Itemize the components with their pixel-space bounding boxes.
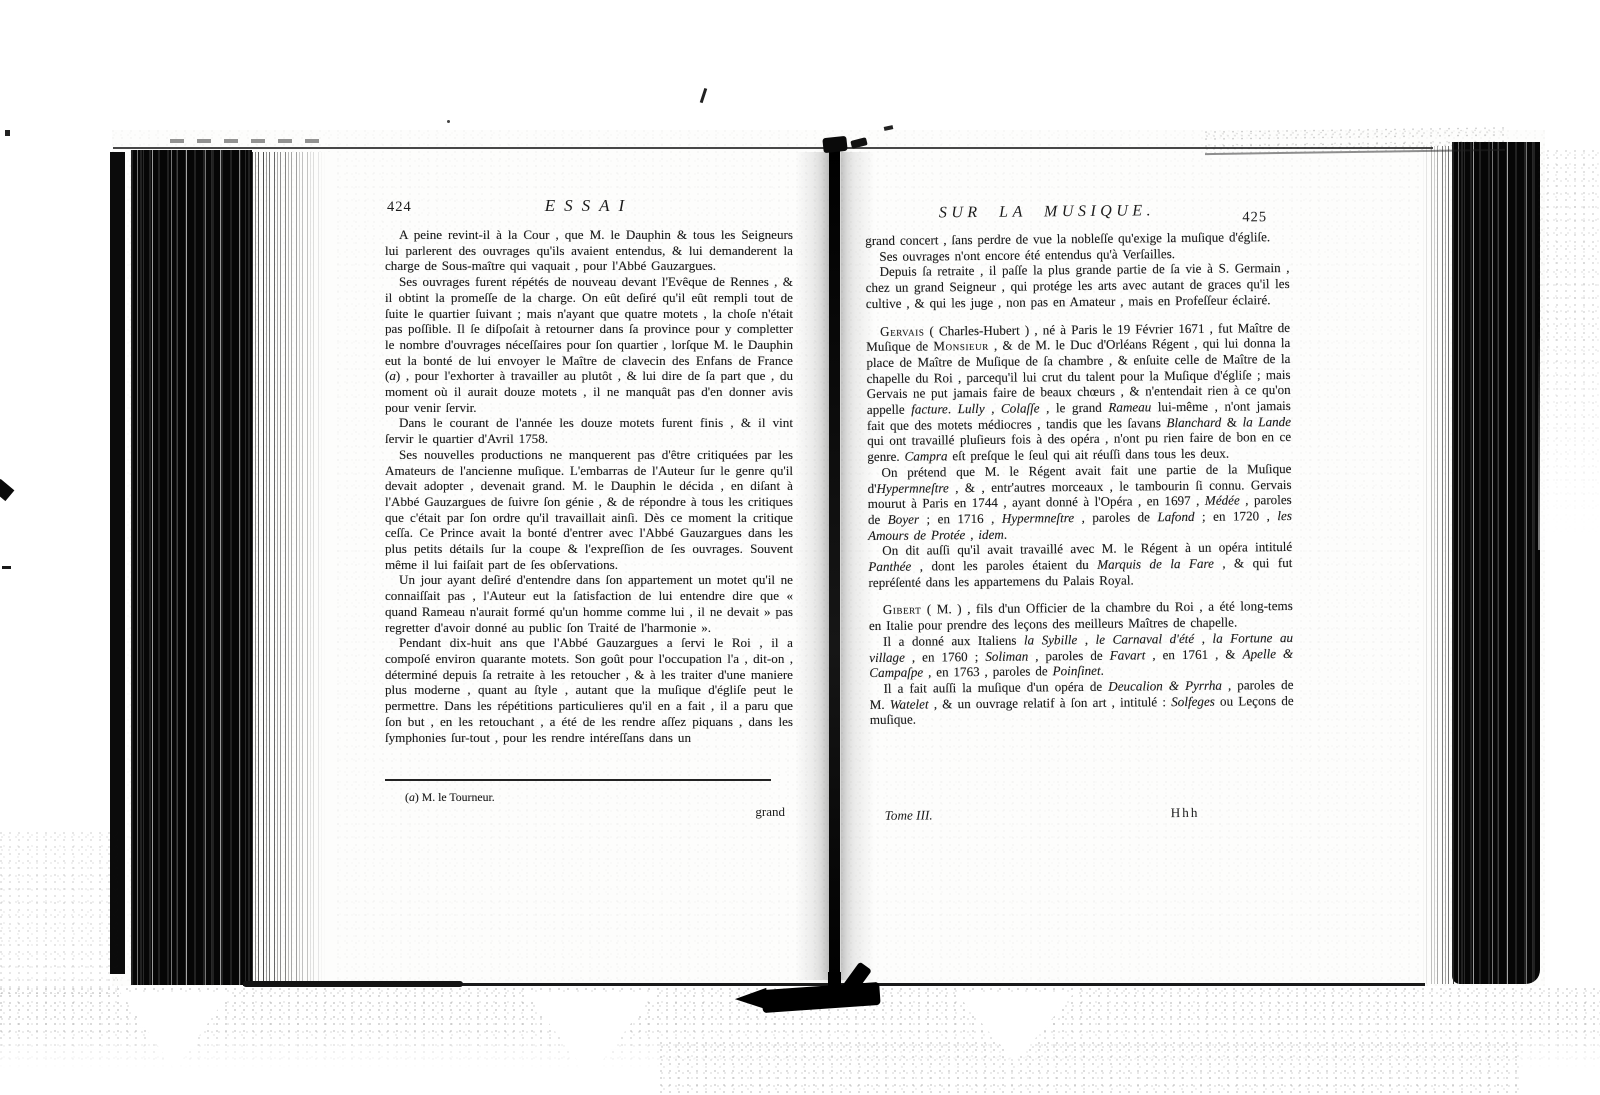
paragraph: Ses ouvrages furent répétés de nouveau d… <box>385 274 793 415</box>
right-page: SUR LA MUSIQUE. 425 grand concert , ſans… <box>865 201 1295 855</box>
left-fore-edge-striations <box>252 152 332 982</box>
right-fore-edge-band <box>1452 142 1540 984</box>
clasp-blob-joint <box>828 972 841 992</box>
left-page-header: 424 ESSAI <box>385 196 793 218</box>
shadow-wedge <box>955 992 1075 1062</box>
top-right-page-edges <box>1205 127 1505 155</box>
right-fore-edge-striations <box>1420 146 1456 984</box>
right-page-header: SUR LA MUSIQUE. 425 <box>865 201 1289 227</box>
left-page: 424 ESSAI A peine revint-il à la Cour , … <box>385 196 793 846</box>
right-edge-shadow-speckle <box>1538 150 1600 550</box>
right-signature-row: Tome III. Hhh <box>871 804 1295 808</box>
gutter-top-knot <box>822 136 847 153</box>
paragraph: Dans le courant de l'année les douze mot… <box>385 415 793 446</box>
right-running-title: SUR LA MUSIQUE. <box>865 201 1289 223</box>
paragraph: Ses nouvelles productions ne manquerent … <box>385 447 793 573</box>
tome-label: Tome III. <box>885 807 933 823</box>
stray-dot <box>447 120 450 123</box>
paragraph: Gibert ( M. ) , fils d'un Officier de la… <box>869 598 1293 633</box>
paragraph: Pendant dix-huit ans que l'Abbé Gauzargu… <box>385 635 793 745</box>
scanned-book-spread: { "document": { "title_note": "Essai sur… <box>0 0 1600 1095</box>
left-fore-edge-band <box>131 150 252 985</box>
top-edge-dashes <box>170 139 330 143</box>
left-margin-mark <box>2 566 11 569</box>
paragraph: Il a donné aux Italiens la Sybille , le … <box>869 630 1293 681</box>
left-catchword: grand <box>755 804 785 820</box>
clasp-blob-tip <box>734 988 767 1012</box>
shadow-fade <box>1538 150 1600 550</box>
paragraph: A peine revint-il à la Cour , que M. le … <box>385 227 793 274</box>
striation-fade <box>1420 146 1456 984</box>
paragraph: On prétend que M. le Régent avait fait u… <box>867 461 1292 544</box>
bottom-shadow-speckle-2 <box>660 1042 1520 1095</box>
right-page-paragraphs: grand concert , ſans perdre de vue la no… <box>865 229 1294 728</box>
paragraph: Depuis ſa retraite , il paſſe la plus gr… <box>865 260 1289 311</box>
signature-mark: Hhh <box>1171 805 1200 821</box>
gutter-line <box>829 148 840 980</box>
left-page-number: 424 <box>387 199 412 216</box>
paragraph: Gervais ( Charles-Hubert ) , né à Paris … <box>866 319 1291 464</box>
left-margin-mark <box>5 130 10 136</box>
left-page-paragraphs: A peine revint-il à la Cour , que M. le … <box>385 227 793 745</box>
paragraph: On dit auſſi qu'il avait travaillé avec … <box>868 539 1292 590</box>
shadow-wedge <box>120 992 230 1070</box>
left-running-title: ESSAI <box>385 196 793 216</box>
bottom-edge-thick-left <box>243 981 463 987</box>
striation-fade <box>252 152 332 982</box>
footnote-rule <box>385 779 771 781</box>
left-outer-shadow-speckle <box>0 832 118 994</box>
right-page-number: 425 <box>1242 209 1267 226</box>
left-footnote-text: (a) M. le Tourneur. <box>405 790 495 805</box>
gutter-shadow-left <box>795 152 829 980</box>
paragraph: Un jour ayant deſiré d'entendre dans ſon… <box>385 572 793 635</box>
shadow-wedge <box>525 992 655 1077</box>
stray-slash-mark <box>700 88 707 103</box>
paragraph: Il a fait auſſi la muſique d'un opéra de… <box>869 677 1293 728</box>
left-margin-mark <box>0 479 14 501</box>
